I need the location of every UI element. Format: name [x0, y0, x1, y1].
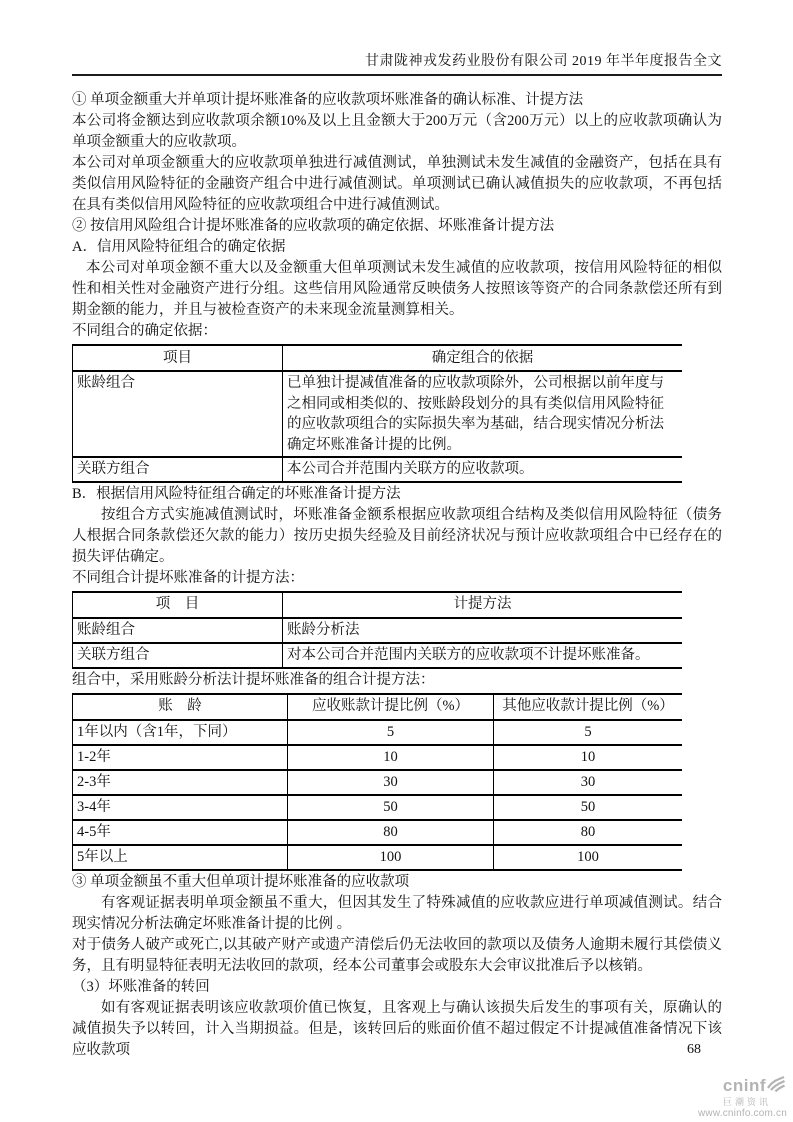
item3-heading: ③ 单项金额虽不重大但单项计提坏账准备的应收款项: [72, 872, 722, 893]
cninfo-logo: cninf 巨潮资讯 www.cninfo.com.cn: [683, 1076, 787, 1120]
table-cell: 关联方组合: [73, 457, 283, 482]
table-header-row: 项目 确定组合的依据: [73, 345, 683, 371]
table-header-cell: 账 龄: [73, 694, 288, 720]
table-cell: 对本公司合并范围内关联方的应收款项不计提坏账准备。: [283, 643, 683, 668]
item2-b-para: 按组合方式实施减值测试时，坏账准备金额系根据应收款项组合结构及类似信用风险特征（…: [72, 505, 722, 568]
item2-heading: ② 按信用风险组合计提坏账准备的应收款项的确定依据、坏账准备计提方法: [72, 216, 722, 237]
table-row: 3-4年 50 50: [73, 795, 683, 820]
cninfo-url: www.cninfo.com.cn: [683, 1109, 787, 1120]
table-cell: 10: [288, 745, 494, 770]
report-page: 甘肃陇神戎发药业股份有限公司 2019 年半年度报告全文 ① 单项金额重大并单项…: [0, 0, 793, 1122]
table-cell: 50: [288, 795, 494, 820]
table-cell: 账龄组合: [73, 618, 283, 643]
table-row: 1-2年 10 10: [73, 745, 683, 770]
table-row: 2-3年 30 30: [73, 770, 683, 795]
combo-basis-intro: 不同组合的确定依据：: [72, 321, 722, 342]
table-cell: 10: [494, 745, 683, 770]
page-number: 68: [687, 1042, 701, 1058]
table-header-cell: 确定组合的依据: [283, 345, 683, 371]
table-cell: 账龄分析法: [283, 618, 683, 643]
table-cell: 关联方组合: [73, 643, 283, 668]
table-header-cell: 项 目: [73, 592, 283, 618]
table-cell: 30: [494, 770, 683, 795]
item2-a-heading: A．信用风险特征组合的确定依据: [72, 237, 722, 258]
cninfo-name-cn: 巨潮资讯: [683, 1098, 787, 1107]
table-cell: 100: [288, 845, 494, 870]
table-cell: 80: [288, 820, 494, 845]
item3-para1: 有客观证据表明单项金额虽不重大，但因其发生了特殊减值的应收款应进行单项减值测试。…: [72, 893, 722, 935]
table-row: 5年以上 100 100: [73, 845, 683, 870]
table-cell: 3-4年: [73, 795, 288, 820]
cninfo-brand-row: cninf: [683, 1076, 787, 1097]
table-row: 账龄组合 账龄分析法: [73, 618, 683, 643]
cninfo-swirl-icon: [767, 1076, 785, 1097]
table-row: 关联方组合 对本公司合并范围内关联方的应收款项不计提坏账准备。: [73, 643, 683, 668]
table-row: 1年以内（含1年，下同） 5 5: [73, 720, 683, 745]
table-row: 4-5年 80 80: [73, 820, 683, 845]
sub3-heading: （3）坏账准备的转回: [72, 977, 722, 998]
table-cell: 本公司合并范围内关联方的应收款项。: [283, 457, 683, 482]
table-row: 关联方组合 本公司合并范围内关联方的应收款项。: [73, 457, 683, 482]
table-cell: 5年以上: [73, 845, 288, 870]
table-cell: 50: [494, 795, 683, 820]
table-cell: 2-3年: [73, 770, 288, 795]
table-cell: 4-5年: [73, 820, 288, 845]
table-header-cell: 其他应收款计提比例（%）: [494, 694, 683, 720]
combo-method-intro: 不同组合计提坏账准备的计提方法：: [72, 568, 722, 589]
item1-para1: 本公司将金额达到应收款项余额10%及以上且金额大于200万元（含200万元）以上…: [72, 111, 722, 153]
item1-para2: 本公司对单项金额重大的应收款项单独进行减值测试，单独测试未发生减值的金融资产，包…: [72, 153, 722, 216]
table-combination-basis: 项目 确定组合的依据 账龄组合 已单独计提减值准备的应收款项除外，公司根据以前年…: [72, 344, 682, 483]
item1-heading: ① 单项金额重大并单项计提坏账准备的应收款项坏账准备的确认标准、计提方法: [72, 90, 722, 111]
table-row: 账龄组合 已单独计提减值准备的应收款项除外，公司根据以前年度与之相同或相类似的、…: [73, 371, 683, 457]
aging-method-intro: 组合中，采用账龄分析法计提坏账准备的组合计提方法：: [72, 670, 722, 691]
page-header: 甘肃陇神戎发药业股份有限公司 2019 年半年度报告全文: [72, 0, 722, 76]
sub3-para: 如有客观证据表明该应收款项价值已恢复，且客观上与确认该损失后发生的事项有关，原确…: [72, 998, 722, 1061]
table-cell: 5: [288, 720, 494, 745]
table-aging-provision: 账 龄 应收账款计提比例（%） 其他应收款计提比例（%） 1年以内（含1年，下同…: [72, 693, 682, 871]
page-content: ① 单项金额重大并单项计提坏账准备的应收款项坏账准备的确认标准、计提方法 本公司…: [72, 90, 722, 1061]
table-header-row: 项 目 计提方法: [73, 592, 683, 618]
table-header-cell: 应收账款计提比例（%）: [288, 694, 494, 720]
table-header-cell: 项目: [73, 345, 283, 371]
cninfo-brand-text: cninf: [723, 1077, 766, 1095]
item3-para2: 对于债务人破产或死亡,以其破产财产或遗产清偿后仍无法收回的款项以及债务人逾期未履…: [72, 935, 722, 977]
table-cell: 已单独计提减值准备的应收款项除外，公司根据以前年度与之相同或相类似的、按账龄段划…: [283, 371, 683, 457]
table-header-row: 账 龄 应收账款计提比例（%） 其他应收款计提比例（%）: [73, 694, 683, 720]
item2-b-heading: B．根据信用风险特征组合确定的坏账准备计提方法: [72, 484, 722, 505]
table-cell: 30: [288, 770, 494, 795]
table-cell: 账龄组合: [73, 371, 283, 457]
table-cell: 100: [494, 845, 683, 870]
table-cell: 80: [494, 820, 683, 845]
table-cell: 1-2年: [73, 745, 288, 770]
table-cell: 1年以内（含1年，下同）: [73, 720, 288, 745]
item2-a-para: 本公司对单项金额不重大以及金额重大但单项测试未发生减值的应收款项，按信用风险特征…: [72, 258, 722, 321]
table-cell: 5: [494, 720, 683, 745]
table-header-cell: 计提方法: [283, 592, 683, 618]
table-combination-method: 项 目 计提方法 账龄组合 账龄分析法 关联方组合 对本公司合并范围内关联方的应…: [72, 591, 682, 669]
